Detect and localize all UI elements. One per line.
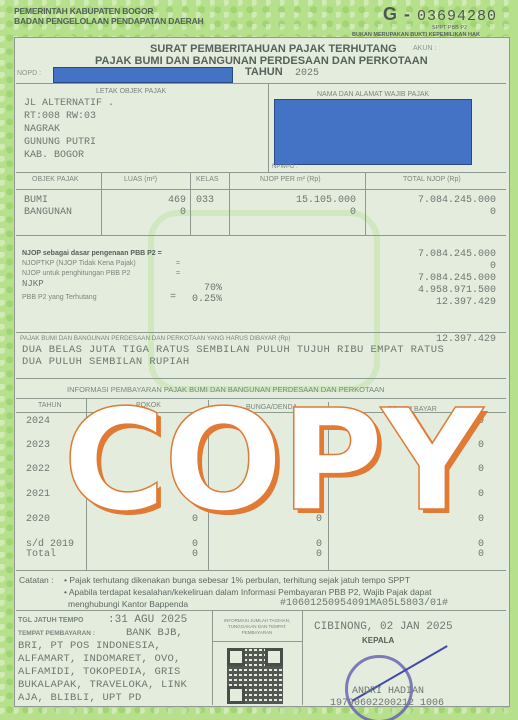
bumi-total-njop: 7.084.245.000 [376, 195, 496, 206]
object-bangunan: BANGUNAN [24, 207, 72, 218]
taxpayer-redaction [274, 99, 472, 165]
payment-bunga: 0 [250, 549, 322, 560]
divider [16, 332, 506, 333]
divider [16, 610, 506, 611]
taxpayer-heading: NAMA DAN ALAMAT WAJIB PAJAK [317, 91, 429, 98]
bumi-njop-per-m2: 15.105.000 [240, 195, 356, 206]
divider [16, 189, 506, 190]
njop-calc-value: 7.084.245.000 [376, 273, 496, 284]
amount-in-words-line1: DUA BELAS JUTA TIGA RATUS SEMBILAN PULUH… [22, 344, 444, 356]
location-heading: LETAK OBJEK PAJAK [96, 88, 166, 95]
column-tahun: TAHUN [38, 402, 62, 409]
nopd-redaction [53, 67, 233, 83]
njoptkp-value: 0 [376, 261, 496, 272]
document-type: SPPT PBB P2 [432, 25, 467, 31]
divider [268, 84, 269, 172]
amount-in-words-line2: DUA PULUH SEMBILAN RUPIAH [22, 356, 190, 368]
njkp-label: NJKP [22, 279, 44, 289]
divider [190, 172, 191, 235]
issuer-header: PEMERINTAH KABUPATEN BOGOR BADAN PENGELO… [14, 6, 203, 26]
divider [16, 83, 506, 84]
divider [212, 641, 302, 642]
payment-places: BRI, PT POS INDONESIA, ALFAMART, INDOMAR… [18, 640, 187, 705]
divider [16, 378, 506, 379]
pbb-owed-value: 12.397.429 [376, 297, 496, 308]
bangunan-njop-per-m2: 0 [240, 207, 356, 218]
divider [212, 610, 213, 705]
column-njop-per-m2: NJOP PER m² (Rp) [260, 176, 321, 183]
document-number: G - 03694280 [383, 4, 497, 25]
payment-year: 2020 [26, 514, 50, 525]
signer-name: ANDRI HADIAN [352, 686, 424, 697]
qr-caption: INFORMASI JUMLAH TAGIHAN, TUNGGAKAN DAN … [214, 618, 300, 636]
location-village: NAGRAK [24, 123, 114, 136]
divider [101, 172, 102, 235]
document-number-value: 03694280 [417, 8, 497, 25]
payment-year: 2024 [26, 416, 50, 427]
location-rt-rw: RT:008 RW:03 [24, 110, 114, 123]
njop-basis-value: 7.084.245.000 [376, 249, 496, 260]
object-bumi: BUMI [24, 195, 48, 206]
bumi-luas: 469 [110, 195, 186, 206]
nopd-label: NOPD : [17, 70, 41, 77]
issue-city-date: CIBINONG, 02 JAN 2025 [314, 621, 453, 633]
payment-place-line: BUKALAPAK, TRAVELOKA, LINK [18, 679, 187, 692]
bangunan-luas: 0 [110, 207, 186, 218]
copy-watermark: COPY [62, 392, 482, 532]
note-correction: • Apabila terdapat kesalahan/kekeliruan … [64, 587, 431, 597]
notes-label: Catatan : [19, 575, 54, 585]
bangunan-total-njop: 0 [376, 207, 496, 218]
column-luas: LUAS (m²) [124, 176, 157, 183]
location-regency: KAB. BOGOR [24, 149, 114, 162]
bumi-kelas: 033 [196, 195, 214, 206]
qr-finder [265, 648, 283, 666]
note-contact: menghubungi Kantor Bappenda [68, 599, 188, 609]
payment-place-label: TEMPAT PEMBAYARAN : [18, 630, 95, 637]
column-total-njop: TOTAL NJOP (Rp) [403, 176, 461, 183]
qr-finder [227, 648, 245, 666]
amount-due-label: PAJAK BUMI DAN BANGUNAN PERDESAAN DAN PE… [20, 335, 290, 342]
divider [16, 172, 506, 173]
payment-year: 2022 [26, 464, 50, 475]
agency-name: BADAN PENGELOLAAN PENDAPATAN DAERAH [14, 16, 203, 26]
tax-rate: 0.25% [160, 294, 222, 305]
payment-place-line: ALFAMART, INDOMARET, OVO, [18, 653, 187, 666]
payment-place-line: ALFAMIDI, TOKOPEDIA, GRIS [18, 666, 187, 679]
akun-label: AKUN : [413, 45, 436, 52]
payment-year: 2023 [26, 440, 50, 451]
signer-position: KEPALA [362, 636, 394, 645]
payment-year: 2021 [26, 489, 50, 500]
location-lines: JL ALTERNATIF . RT:008 RW:03 NAGRAK GUNU… [24, 97, 114, 162]
payment-place-line: BRI, PT POS INDONESIA, [18, 640, 187, 653]
qr-code[interactable] [227, 648, 283, 704]
location-street: JL ALTERNATIF . [24, 97, 114, 110]
npwpd-label: NPWPD : [272, 164, 298, 170]
qr-finder [227, 686, 245, 704]
payment-place-line: BANK BJB, [126, 627, 183, 639]
due-date-value: :31 AGU 2025 [108, 614, 187, 626]
document-prefix: G - [383, 4, 411, 24]
payment-belum-bayar: 0 [420, 549, 484, 560]
payment-year: Total [26, 549, 56, 560]
column-kelas: KELAS [196, 176, 219, 183]
due-date-label: TGL JATUH TEMPO [18, 617, 83, 624]
note-interest: • Pajak terhutang dikenakan bunga sebesa… [64, 575, 410, 585]
pbb-owed-label: PBB P2 yang Terhutang [22, 294, 97, 301]
tax-year: 2025 [295, 68, 319, 79]
divider [302, 610, 303, 705]
government-name: PEMERINTAH KABUPATEN BOGOR [14, 6, 203, 16]
column-objek-pajak: OBJEK PAJAK [32, 176, 79, 183]
document-title: SURAT PEMBERITAHUAN PAJAK TERHUTANG [150, 43, 397, 55]
divider [365, 172, 366, 235]
location-district: GUNUNG PUTRI [24, 136, 114, 149]
divider [229, 172, 230, 235]
equals-sign: = [176, 260, 180, 267]
divider [16, 570, 506, 571]
divider [16, 235, 506, 236]
document-code: #10601250954091MA05L5803/01# [280, 598, 448, 609]
payment-place-line: AJA, BLIBLI, UPT PD [18, 692, 187, 705]
njkp-value: 4.958.971.500 [376, 285, 496, 296]
payment-pokok: 0 [130, 549, 198, 560]
njop-basis-label: NJOP sebagai dasar pengenaan PBB P2 = [22, 250, 162, 257]
tahun-label: TAHUN [245, 66, 283, 78]
njoptkp-label: NJOPTKP (NJOP Tidak Kena Pajak) [22, 260, 136, 267]
equals-sign: = [176, 270, 180, 277]
njop-calc-label: NJOP untuk penghitungan PBB P2 [22, 270, 130, 277]
signer-nip: 19790602200212 1006 [330, 698, 444, 709]
